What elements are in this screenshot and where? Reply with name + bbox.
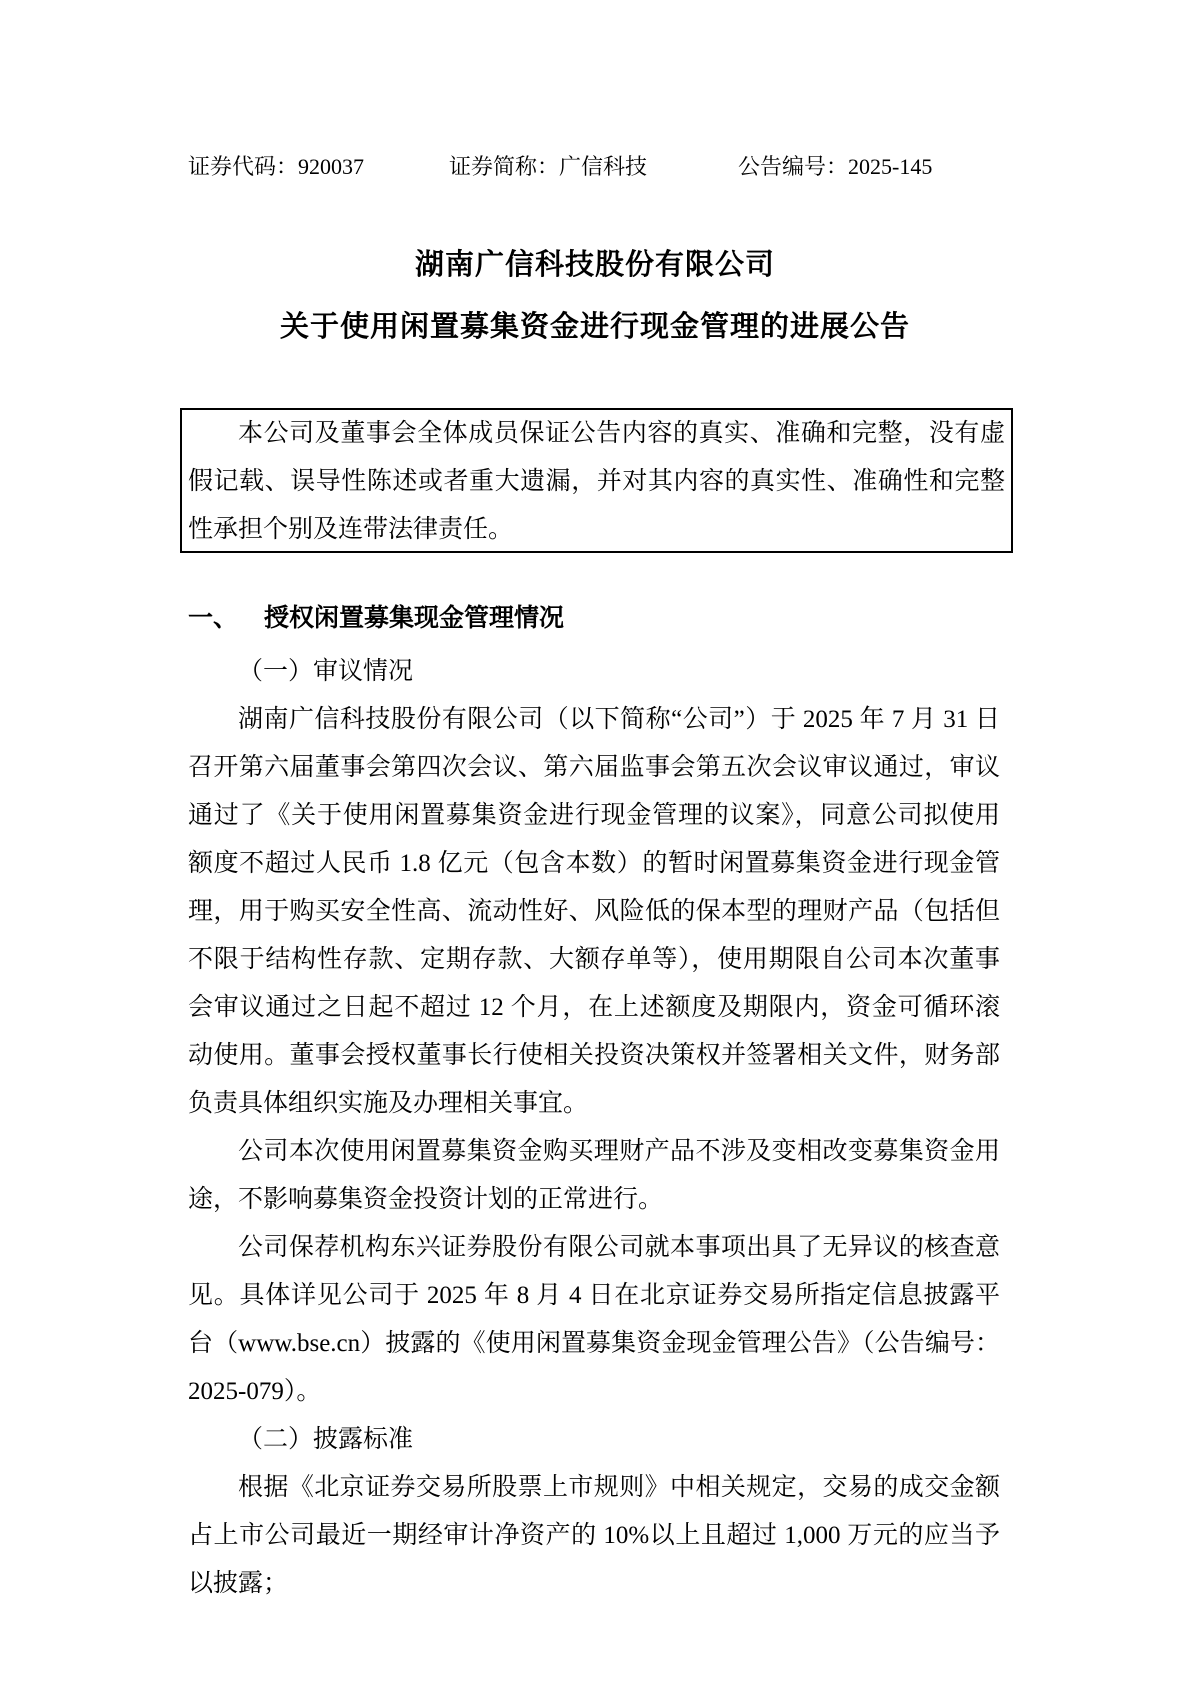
stock-short-name: 证券简称：广信科技 (449, 150, 647, 181)
disclaimer-text: 本公司及董事会全体成员保证公告内容的真实、准确和完整，没有虚假记载、误导性陈述或… (188, 410, 1005, 553)
document-body: （一）审议情况 湖南广信科技股份有限公司（以下简称“公司”）于 2025 年 7… (188, 648, 1000, 1608)
company-title: 湖南广信科技股份有限公司 (0, 242, 1190, 283)
subsection-2-heading: （二）披露标准 (188, 1416, 1000, 1464)
paragraph-review: 湖南广信科技股份有限公司（以下简称“公司”）于 2025 年 7 月 31 日召… (188, 696, 1000, 1128)
announcement-title: 关于使用闲置募集资金进行现金管理的进展公告 (0, 304, 1190, 345)
paragraph-sponsor-opinion: 公司保荐机构东兴证券股份有限公司就本事项出具了无异议的核查意见。具体详见公司于 … (188, 1224, 1000, 1416)
subsection-1-heading: （一）审议情况 (188, 648, 1000, 696)
document-header: 证券代码：920037 证券简称：广信科技 公告编号：2025-145 (188, 150, 1008, 180)
announcement-page: 证券代码：920037 证券简称：广信科技 公告编号：2025-145 湖南广信… (0, 0, 1190, 1683)
section-1-heading: 一、授权闲置募集现金管理情况 (188, 598, 564, 634)
paragraph-no-change-of-use: 公司本次使用闲置募集资金购买理财产品不涉及变相改变募集资金用途，不影响募集资金投… (188, 1128, 1000, 1224)
section-1-title: 授权闲置募集现金管理情况 (264, 604, 564, 632)
section-1-number: 一、 (188, 604, 238, 632)
stock-code: 证券代码：920037 (188, 150, 364, 181)
announcement-number: 公告编号：2025-145 (738, 150, 932, 181)
disclaimer-box: 本公司及董事会全体成员保证公告内容的真实、准确和完整，没有虚假记载、误导性陈述或… (180, 408, 1013, 553)
paragraph-disclosure-standard: 根据《北京证券交易所股票上市规则》中相关规定，交易的成交金额占上市公司最近一期经… (188, 1464, 1000, 1608)
